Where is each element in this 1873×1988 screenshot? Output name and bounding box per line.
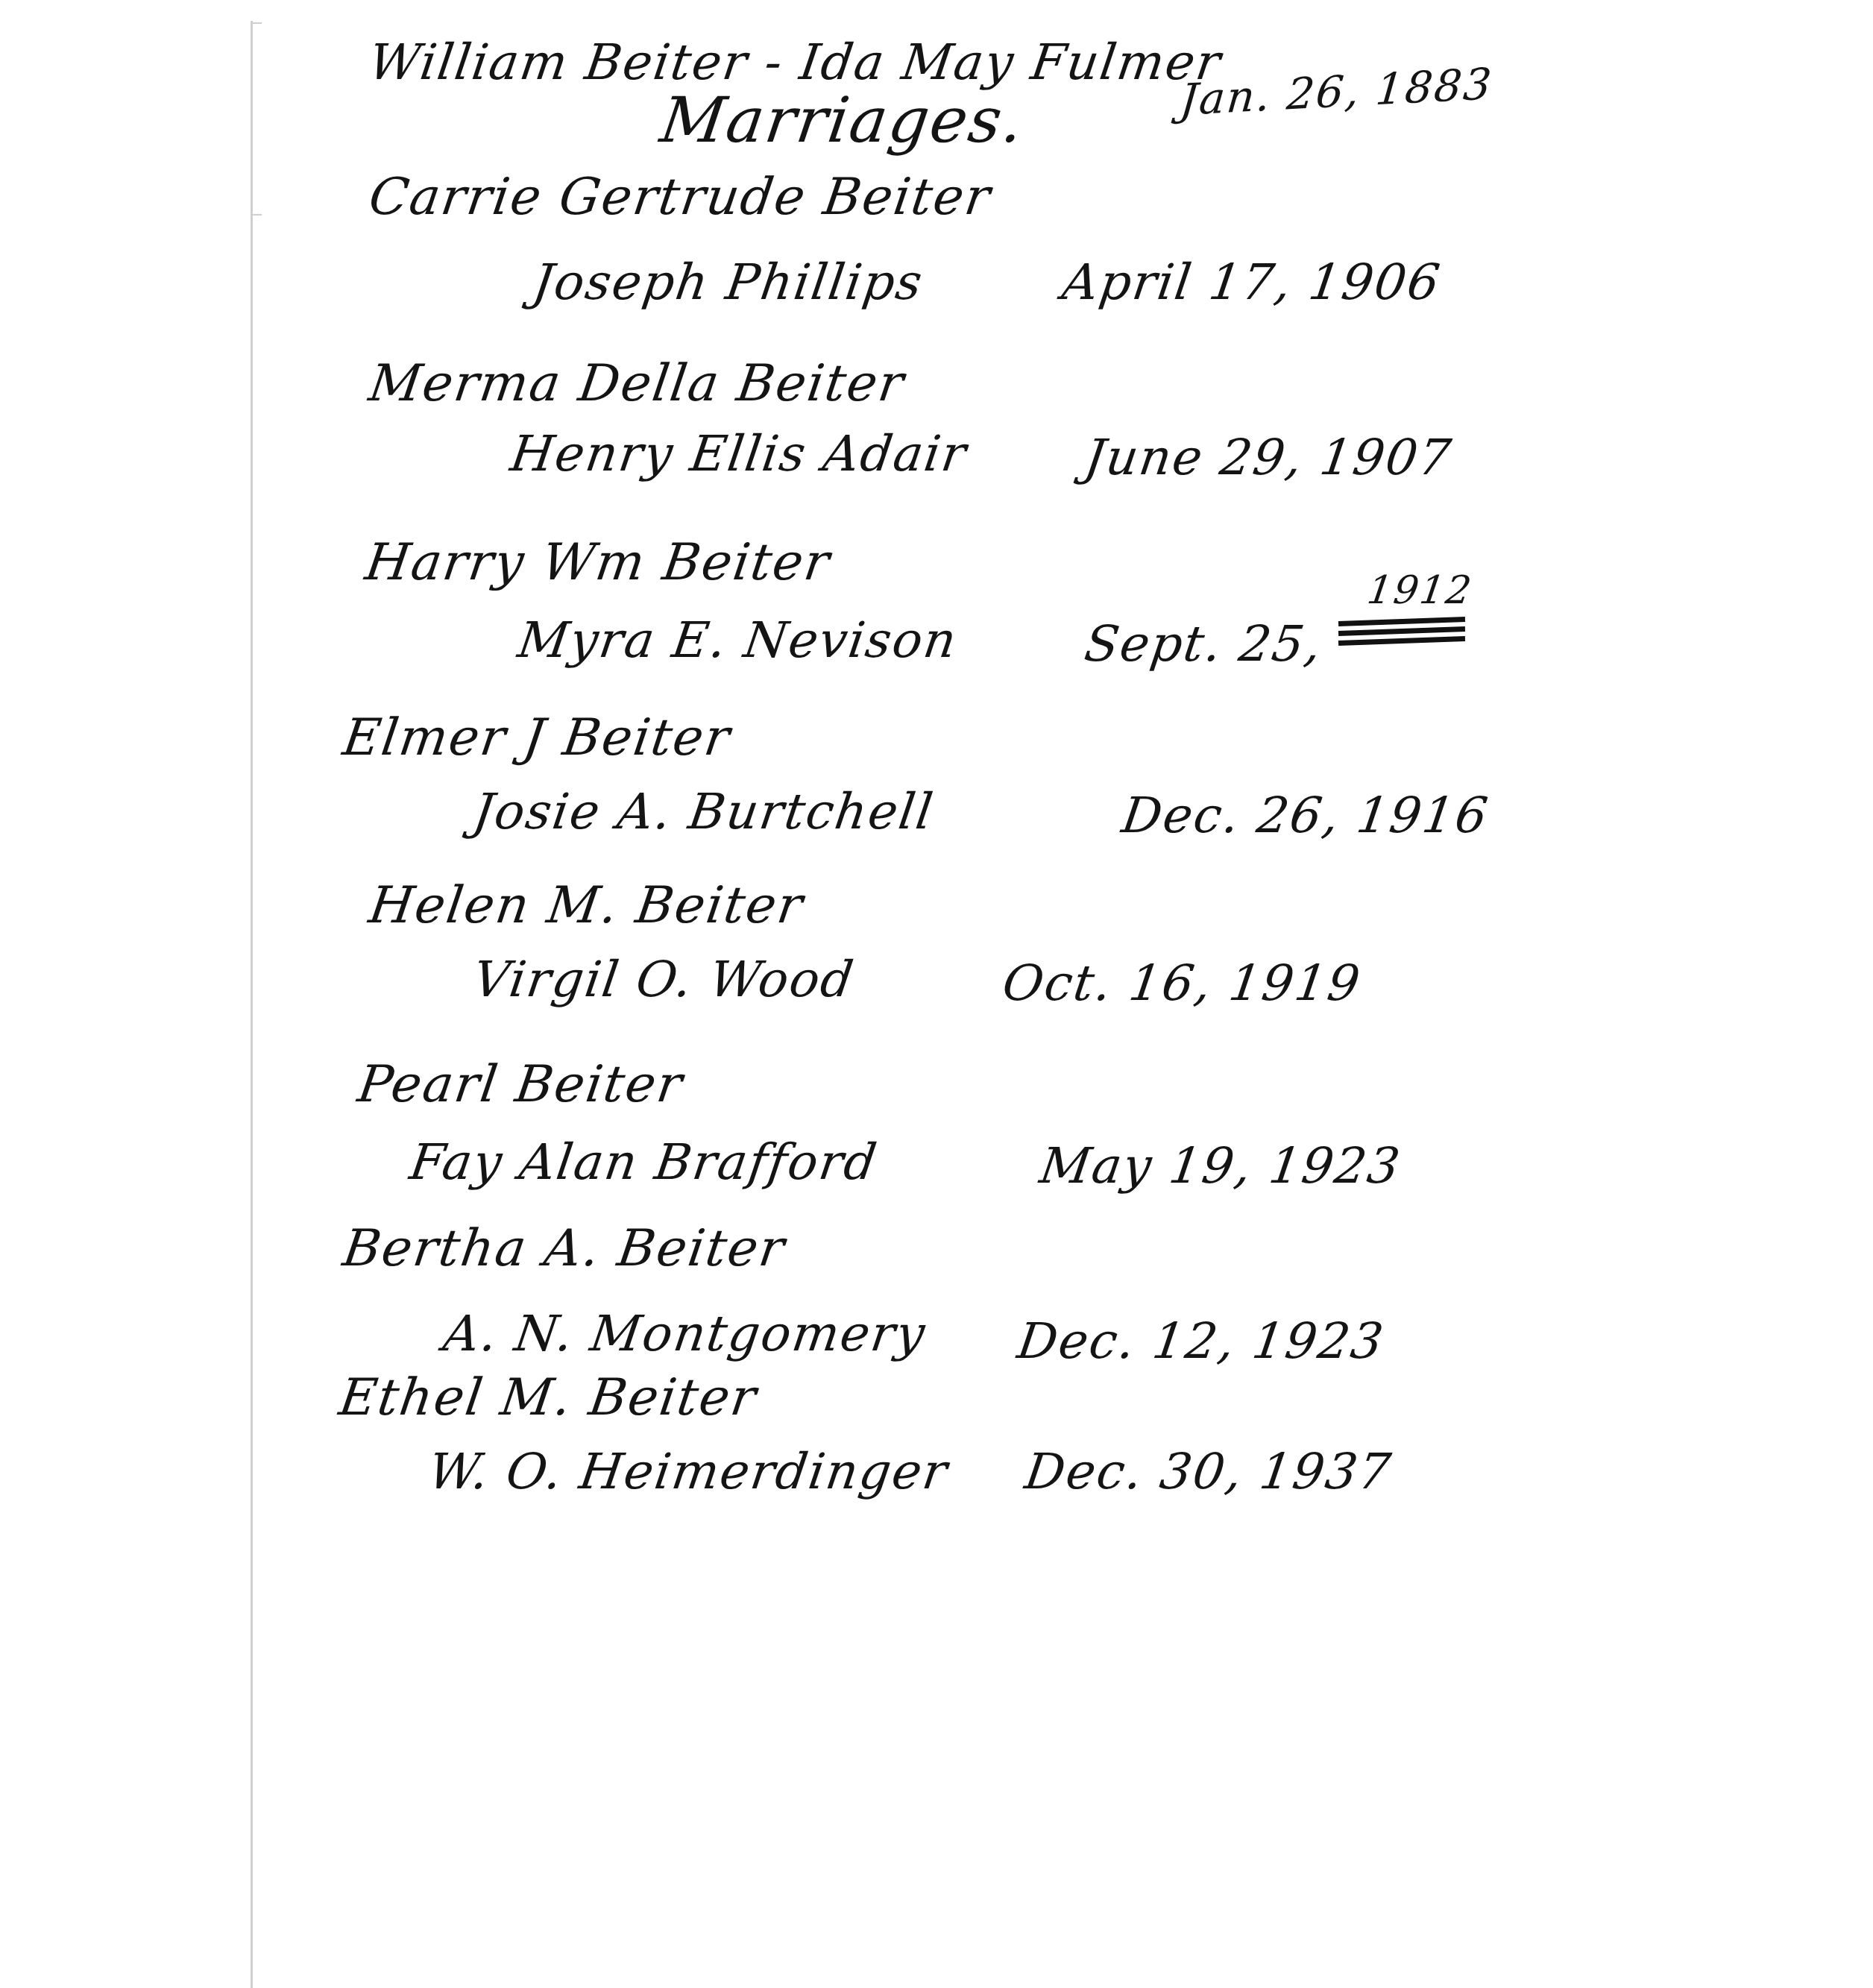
left-margin-line: [251, 21, 253, 1988]
entry-5-date: Oct. 16, 1919: [999, 954, 1364, 1012]
entry-3-beiter-name: Harry Wm Beiter: [362, 533, 834, 592]
struck-out-year: [1338, 619, 1465, 653]
entry-2-beiter-name: Merma Della Beiter: [365, 354, 909, 413]
entry-7-date: Dec. 12, 1923: [1014, 1312, 1388, 1370]
entry-7-beiter-name: Bertha A. Beiter: [339, 1219, 789, 1278]
entry-1-date: April 17, 1906: [1059, 254, 1444, 311]
entry-4-spouse-name: Josie A. Burtchell: [470, 783, 937, 840]
handwritten-document-page: William Beiter - Ida May Fulmer Marriage…: [0, 0, 1873, 1988]
entry-6-beiter-name: Pearl Beiter: [354, 1055, 687, 1114]
entry-6-spouse-name: Fay Alan Brafford: [406, 1133, 881, 1191]
entry-1-beiter-name: Carrie Gertrude Beiter: [365, 168, 995, 227]
entry-3-spouse-name: Myra E. Nevison: [514, 611, 961, 669]
entry-8-beiter-name: Ethel M. Beiter: [336, 1368, 761, 1427]
margin-tick: [251, 22, 262, 24]
entry-1-spouse-name: Joseph Phillips: [529, 254, 927, 311]
entry-3-date: Sept. 25,: [1081, 615, 1326, 673]
entry-5-beiter-name: Helen M. Beiter: [365, 876, 808, 935]
entry-2-date: June 29, 1907: [1081, 429, 1455, 486]
entry-8-spouse-name: W. O. Heimerdinger: [425, 1443, 952, 1500]
entry-7-spouse-name: A. N. Montgomery: [440, 1305, 930, 1362]
entry-4-beiter-name: Elmer J Beiter: [339, 708, 734, 767]
margin-tick: [251, 214, 262, 216]
page-title: Marriages.: [656, 84, 1029, 157]
entry-8-date: Dec. 30, 1937: [1022, 1443, 1396, 1500]
entry-5-spouse-name: Virgil O. Wood: [470, 951, 858, 1008]
entry-4-date: Dec. 26, 1916: [1118, 787, 1493, 844]
entry-6-date: May 19, 1923: [1036, 1137, 1405, 1195]
entry-2-spouse-name: Henry Ellis Adair: [507, 425, 971, 482]
header-date: Jan. 26, 1883: [1178, 58, 1495, 125]
entry-3-date-correction: 1912: [1364, 568, 1476, 613]
header-couple: William Beiter - Ida May Fulmer: [365, 34, 1225, 91]
